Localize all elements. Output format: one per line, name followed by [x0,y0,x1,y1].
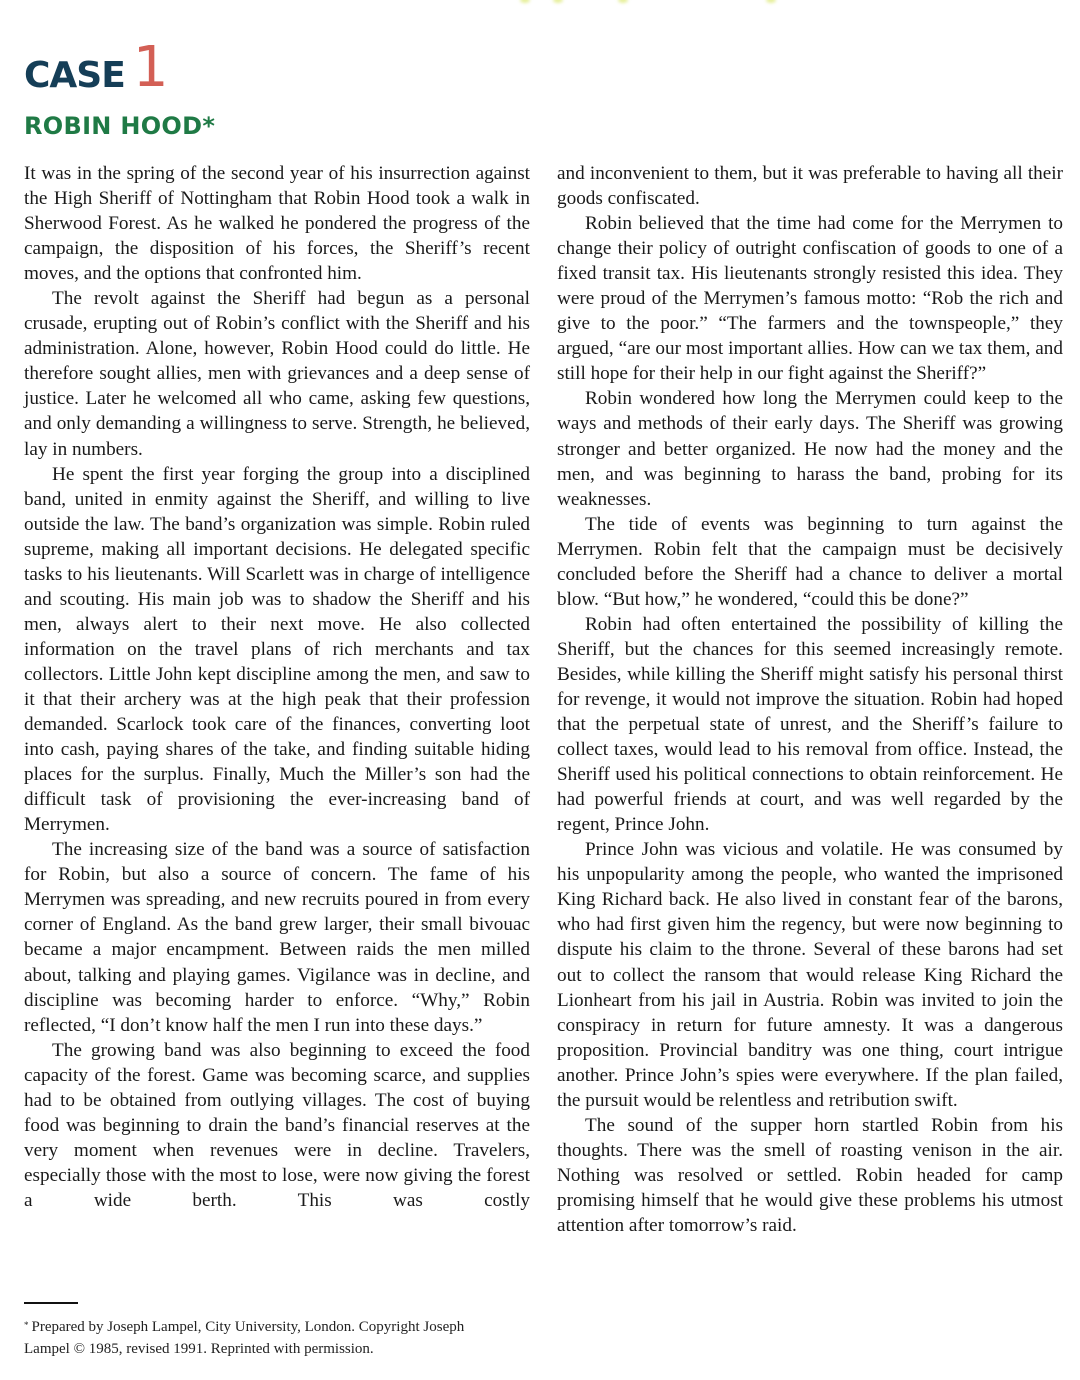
paragraph: The sound of the supper horn startled Ro… [557,1113,1063,1238]
footnote-line-2: Lampel © 1985, revised 1991. Reprinted w… [24,1338,544,1360]
paragraph: The increasing size of the band was a so… [24,837,530,1037]
case-number: 1 [133,40,169,96]
paragraph: The revolt against the Sheriff had begun… [24,286,530,461]
footnote: *Prepared by Joseph Lampel, City Univers… [24,1316,544,1360]
footnote-line-1: Prepared by Joseph Lampel, City Universi… [32,1319,465,1335]
paragraph: Robin believed that the time had come fo… [557,211,1063,386]
paragraph: The growing band was also beginning to e… [24,1038,530,1213]
paragraph: Robin had often entertained the possibil… [557,612,1063,837]
footnote-divider [24,1302,78,1304]
paragraph: The tide of events was beginning to turn… [557,512,1063,612]
paragraph: Prince John was vicious and volatile. He… [557,837,1063,1113]
footnote-marker: * [24,1320,29,1330]
left-column: It was in the spring of the second year … [24,161,530,1213]
case-label: CASE [24,58,125,94]
paragraph: Robin wondered how long the Merrymen cou… [557,386,1063,511]
case-title: ROBIN HOOD* [24,112,215,140]
paragraph: and inconvenient to them, but it was pre… [557,161,1063,211]
top-edge-marks [0,0,1080,6]
paragraph: It was in the spring of the second year … [24,161,530,286]
right-column: and inconvenient to them, but it was pre… [557,161,1063,1238]
paragraph: He spent the first year forging the grou… [24,462,530,838]
case-heading: CASE 1 [24,40,168,96]
